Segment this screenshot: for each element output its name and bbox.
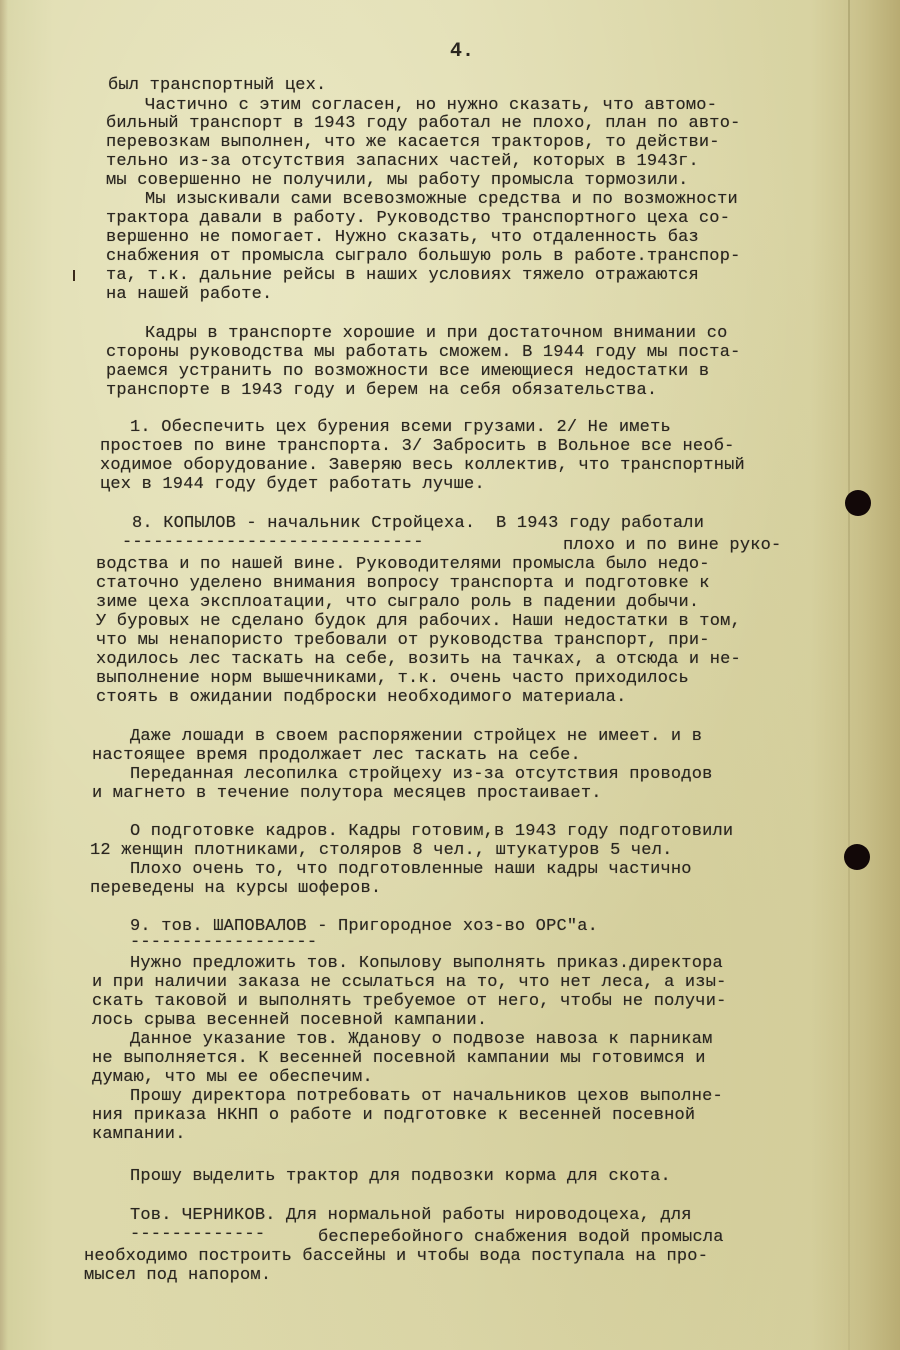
text-line: Переданная лесопилка стройцеху из-за отс… [130, 765, 713, 785]
fold-line [848, 0, 850, 1350]
text-line: раемся устранить по возможности все имею… [106, 362, 709, 382]
punch-hole-icon [844, 844, 870, 870]
text-line: У буровых не сделано будок для рабочих. … [96, 612, 741, 632]
text-line: вершенно не помогает. Нужно сказать, что… [106, 228, 699, 248]
text-line: стороны руководства мы работать сможем. … [106, 343, 741, 363]
text-line: транспорте в 1943 году и берем на себя о… [106, 381, 657, 401]
text-line: Данное указание тов. Жданову о подвозе н… [130, 1030, 713, 1050]
text-line: ходилось лес таскать на себе, возить на … [96, 650, 741, 670]
text-line: Даже лошади в своем распоряжении стройце… [130, 727, 702, 747]
page-number: 4. [450, 40, 474, 63]
text-line: плохо и по вине руко- [563, 536, 781, 556]
text-line: бесперебойного снабжения водой промысла [318, 1228, 724, 1248]
text-line: и при наличии заказа не ссылаться на то,… [92, 973, 727, 993]
text-line: водства и по нашей вине. Руководителями … [96, 555, 710, 575]
punch-hole-icon [845, 490, 871, 516]
text-line: был транспортный цех. [108, 76, 326, 96]
text-line: 8. КОПЫЛОВ - начальник Стройцеха. В 1943… [132, 514, 704, 534]
text-line: думаю, что мы ее обеспечим. [92, 1068, 373, 1088]
text-line: и магнето в течение полутора месяцев про… [92, 784, 602, 804]
text-line: ходимое оборудование. Заверяю весь колле… [100, 456, 745, 476]
text-line: что мы ненапористо требовали от руководс… [96, 631, 710, 651]
page-edge-shadow [0, 0, 8, 1350]
text-line: 1. Обеспечить цех бурения всеми грузами.… [130, 418, 671, 438]
text-line: Плохо очень то, что подготовленные наши … [130, 860, 692, 880]
text-line: ------------------ [130, 933, 317, 953]
text-line: трактора давали в работу. Руководство тр… [106, 209, 730, 229]
text-line: Мы изыскивали сами всевозможные средства… [145, 190, 738, 210]
text-line: снабжения от промысла сыграло большую ро… [106, 247, 741, 267]
text-line: необходимо построить бассейны и чтобы во… [84, 1247, 708, 1267]
text-line: лось срыва весенней посевной кампании. [92, 1011, 487, 1031]
text-line: ------------- [130, 1225, 265, 1245]
text-line: зиме цеха эксплоатации, что сыграло роль… [96, 593, 699, 613]
text-line: цех в 1944 году будет работать лучше. [100, 475, 485, 495]
text-line: Тов. ЧЕРНИКОВ. Для нормальной работы нир… [130, 1206, 692, 1226]
text-line: Нужно предложить тов. Копылову выполнять… [130, 954, 723, 974]
text-line: ния приказа НКНП о работе и подготовке к… [92, 1106, 695, 1126]
text-line: не выполняется. К весенней посевной камп… [92, 1049, 706, 1069]
text-line: скать таковой и выполнять требуемое от н… [92, 992, 727, 1012]
text-line: Прошу директора потребовать от начальник… [130, 1087, 723, 1107]
text-line: бильный транспорт в 1943 году работал не… [106, 114, 741, 134]
margin-mark [73, 270, 75, 281]
text-line: переведены на курсы шоферов. [90, 879, 381, 899]
text-line: настоящее время продолжает лес таскать н… [92, 746, 581, 766]
text-line: простоев по вине транспорта. 3/ Забросит… [100, 437, 735, 457]
text-line: Кадры в транспорте хорошие и при достато… [145, 324, 728, 344]
text-line: выполнение норм вышечниками, т.к. очень … [96, 669, 689, 689]
text-line: мысел под напором. [84, 1266, 271, 1286]
text-line: перевозкам выполнен, что же касается тра… [106, 133, 720, 153]
text-line: на нашей работе. [106, 285, 272, 305]
text-line: Частично с этим согласен, но нужно сказа… [145, 96, 717, 116]
document-page: 4. был транспортный цех.Частично с этим … [0, 0, 900, 1350]
text-line: мы совершенно не получили, мы работу про… [106, 171, 689, 191]
text-line: кампании. [92, 1125, 186, 1145]
text-line: ----------------------------- [122, 533, 424, 553]
text-line: стоять в ожидании подброски необходимого… [96, 688, 627, 708]
text-line: О подготовке кадров. Кадры готовим,в 194… [130, 822, 733, 842]
text-line: Прошу выделить трактор для подвозки корм… [130, 1167, 671, 1187]
text-line: тельно из-за отсутствия запасних частей,… [106, 152, 699, 172]
text-line: 12 женщин плотниками, столяров 8 чел., ш… [90, 841, 673, 861]
text-line: та, т.к. дальние рейсы в наших условиях … [106, 266, 699, 286]
text-line: статочно уделено внимания вопросу трансп… [96, 574, 710, 594]
